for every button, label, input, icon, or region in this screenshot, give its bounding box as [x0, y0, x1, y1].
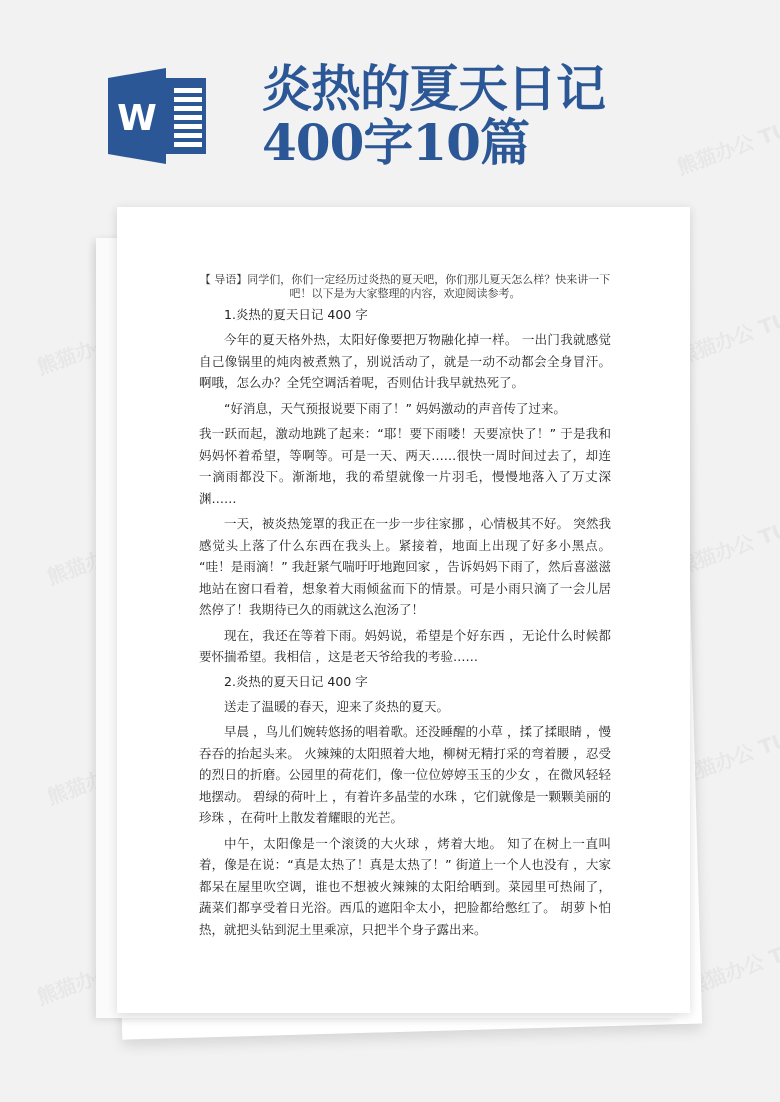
intro-text: 【 导语】同学们，你们一定经历过炎热的夏天吧，你们那儿夏天怎么样？快来讲一下吧！… [199, 273, 611, 301]
document-content: 【 导语】同学们，你们一定经历过炎热的夏天吧，你们那儿夏天怎么样？快来讲一下吧！… [199, 273, 611, 944]
word-document-icon: W [108, 68, 208, 164]
paragraph: 送走了温暖的春天，迎来了炎热的夏天。 [199, 696, 611, 718]
section-heading: 2.炎热的夏天日记 400 字 [199, 672, 611, 691]
paragraph: “好消息，天气预报说要下雨了！” 妈妈激动的声音传了过来。 [199, 398, 611, 420]
svg-text:W: W [117, 98, 157, 139]
paragraph: 今年的夏天格外热，太阳好像要把万物融化掉一样。 一出门我就感觉自己像锅里的炖肉被… [199, 329, 611, 394]
document-page[interactable]: 【 导语】同学们，你们一定经历过炎热的夏天吧，你们那儿夏天怎么样？快来讲一下吧！… [117, 207, 690, 1013]
watermark: 熊猫办公 TUKUPPT.COM [672, 69, 780, 181]
paragraph: 我一跃而起，激动地跳了起来：“耶！要下雨喽！天要凉快了！” 于是我和妈妈怀着希望… [199, 423, 611, 509]
page-title: 炎热的夏天日记400字10篇 [262, 62, 682, 170]
paragraph: 早晨 ，鸟儿们婉转悠扬的唱着歌。还没睡醒的小草 ，揉了揉眼睛 ，慢吞吞的抬起头来… [199, 721, 611, 829]
paragraph: 中午，太阳像是一个滚烫的大火球 ，烤着大地。 知了在树上一直叫着，像是在说：“真… [199, 833, 611, 941]
paragraph: 一天，被炎热笼罩的我正在一步一步往家挪 ，心情极其不好。 突然我感觉头上落了什么… [199, 513, 611, 621]
paragraph: 现在，我还在等着下雨。妈妈说，希望是个好东西 ，无论什么时候都要怀揣希望。我相信… [199, 625, 611, 668]
section-heading: 1.炎热的夏天日记 400 字 [199, 305, 611, 324]
